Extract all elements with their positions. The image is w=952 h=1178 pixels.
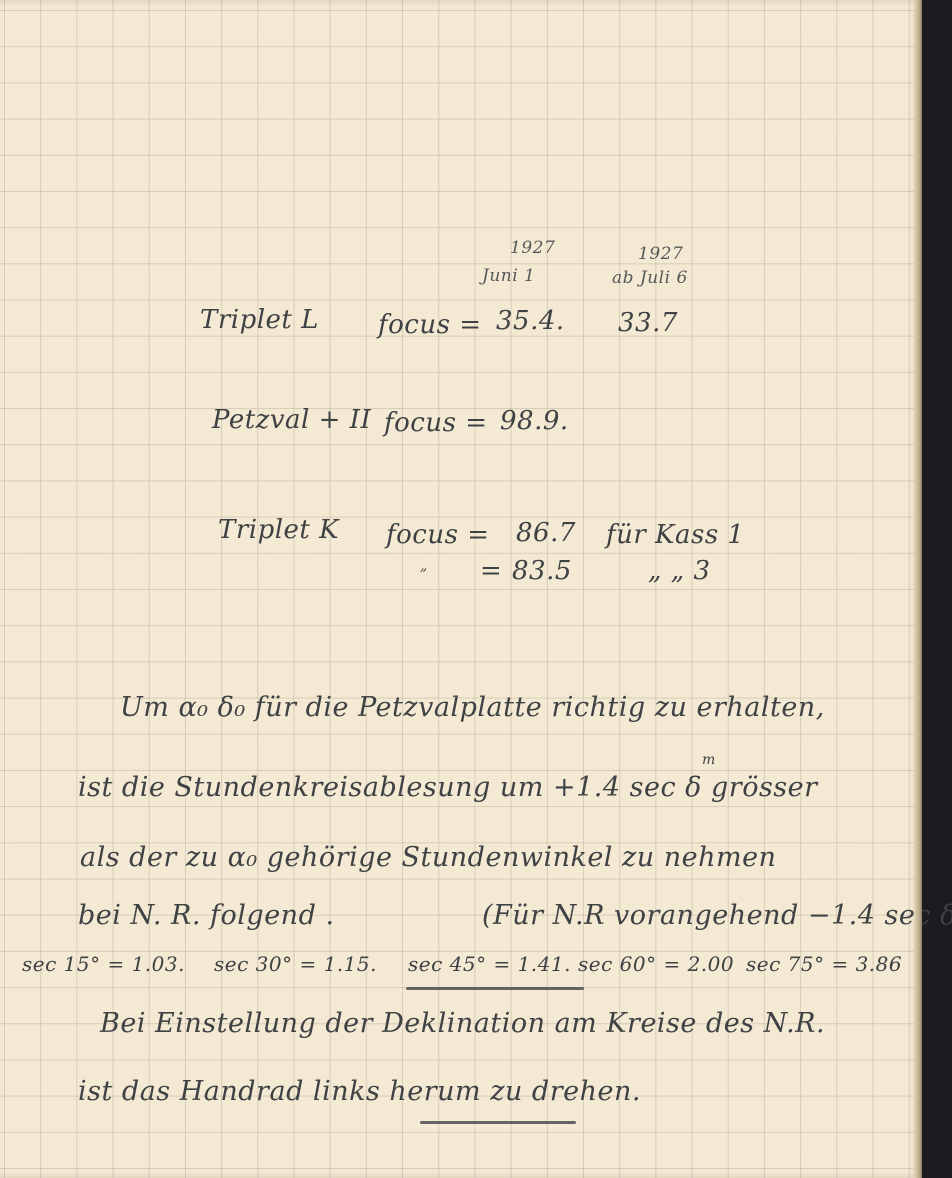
secant-value: sec 15° = 1.03.: [22, 952, 185, 976]
paragraph-line: als der zu α₀ gehörige Stundenwinkel zu …: [80, 842, 776, 873]
secant-value: sec 60° = 2.00: [578, 952, 734, 976]
paragraph-line: ist das Handrad links herum zu drehen.: [78, 1076, 641, 1107]
underline: [406, 987, 584, 990]
focus-value: 33.7: [618, 308, 678, 338]
focus-note: für Kass 1: [606, 520, 744, 550]
col1-year: 1927: [510, 238, 555, 258]
col1-date: Juni 1: [482, 266, 535, 286]
paragraph-aside: (Für N.R vorangehend −1.4 sec δ): [482, 900, 952, 931]
notebook-page: 1927 Juni 1 1927 ab Juli 6 Triplet L foc…: [0, 0, 922, 1178]
focus-note: „ „ 3: [648, 556, 711, 586]
secant-value: sec 45° = 1.41.: [408, 952, 571, 976]
secant-value: sec 75° = 3.86: [746, 952, 902, 976]
lens-name: Triplet K: [218, 515, 339, 545]
paragraph-line: ist die Stundenkreisablesung um +1.4 sec…: [78, 772, 818, 803]
focus-label: focus =: [384, 408, 487, 438]
ditto-mark: „: [420, 558, 428, 574]
focus-value: 83.5: [512, 556, 572, 586]
focus-label: focus =: [378, 310, 481, 340]
focus-value: 86.7: [516, 518, 576, 548]
secant-value: sec 30° = 1.15.: [214, 952, 377, 976]
col2-date: ab Juli 6: [612, 268, 688, 288]
paragraph-line: bei N. R. folgend .: [78, 900, 335, 931]
focus-label: =: [480, 556, 502, 586]
superscript-unit: m: [702, 752, 716, 768]
underline: [420, 1121, 576, 1124]
col2-year: 1927: [638, 244, 683, 264]
focus-value: 35.4.: [496, 306, 565, 336]
lens-name: Triplet L: [200, 305, 319, 335]
paragraph-line: Bei Einstellung der Deklination am Kreis…: [100, 1008, 825, 1039]
page-edge: [914, 0, 922, 1178]
paragraph-line: Um α₀ δ₀ für die Petzvalplatte richtig z…: [120, 692, 825, 723]
lens-name: Petzval + II: [212, 405, 371, 435]
focus-label: focus =: [386, 520, 489, 550]
scan: 1927 Juni 1 1927 ab Juli 6 Triplet L foc…: [0, 0, 952, 1178]
focus-value: 98.9.: [500, 406, 569, 436]
